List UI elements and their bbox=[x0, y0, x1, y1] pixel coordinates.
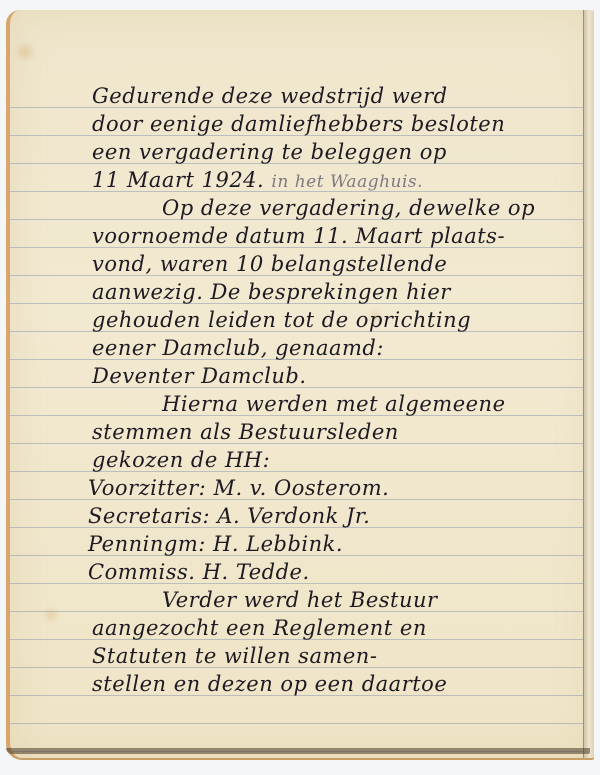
paper-stain bbox=[18, 45, 32, 59]
board-member-chairman: Voorzitter: M. v. Oosterom. bbox=[88, 474, 592, 502]
pencil-annotation: in het Waaghuis. bbox=[271, 172, 423, 192]
text-line: een vergadering te beleggen op bbox=[92, 138, 592, 166]
text-line: Hierna werden met algemeene bbox=[92, 390, 592, 418]
text-line: Statuten te willen samen- bbox=[92, 642, 592, 670]
paper-stain bbox=[46, 610, 56, 620]
board-member-commissioner: Commiss. H. Tedde. bbox=[88, 558, 592, 586]
text-line: door eenige damliefhebbers besloten bbox=[92, 110, 592, 138]
handwritten-text: Gedurende deze wedstrijd werd door eenig… bbox=[92, 82, 592, 698]
text-line: vond, waren 10 belangstellende bbox=[92, 250, 592, 278]
text-line: Verder werd het Bestuur bbox=[92, 586, 592, 614]
text-line: stellen en dezen op een daartoe bbox=[92, 670, 592, 698]
text-line: Gedurende deze wedstrijd werd bbox=[92, 82, 592, 110]
text-line: eener Damclub, genaamd: bbox=[92, 334, 592, 362]
date-text: 11 Maart 1924. bbox=[92, 168, 264, 192]
text-line: voornoemde datum 11. Maart plaats- bbox=[92, 222, 592, 250]
board-member-secretary: Secretaris: A. Verdonk Jr. bbox=[88, 502, 592, 530]
text-line: stemmen als Bestuursleden bbox=[92, 418, 592, 446]
notebook-page: Gedurende deze wedstrijd werd door eenig… bbox=[6, 10, 594, 758]
board-member-treasurer: Penningm: H. Lebbink. bbox=[88, 530, 592, 558]
text-line: gekozen de HH: bbox=[92, 446, 592, 474]
text-line: aanwezig. De besprekingen hier bbox=[92, 278, 592, 306]
text-line: Op deze vergadering, dewelke op bbox=[92, 194, 592, 222]
page-bottom-edge bbox=[6, 748, 590, 754]
text-line: aangezocht een Reglement en bbox=[92, 614, 592, 642]
text-line: gehouden leiden tot de oprichting bbox=[92, 306, 592, 334]
text-line: 11 Maart 1924. in het Waaghuis. bbox=[92, 166, 592, 194]
club-name-line: Deventer Damclub. bbox=[92, 362, 592, 390]
